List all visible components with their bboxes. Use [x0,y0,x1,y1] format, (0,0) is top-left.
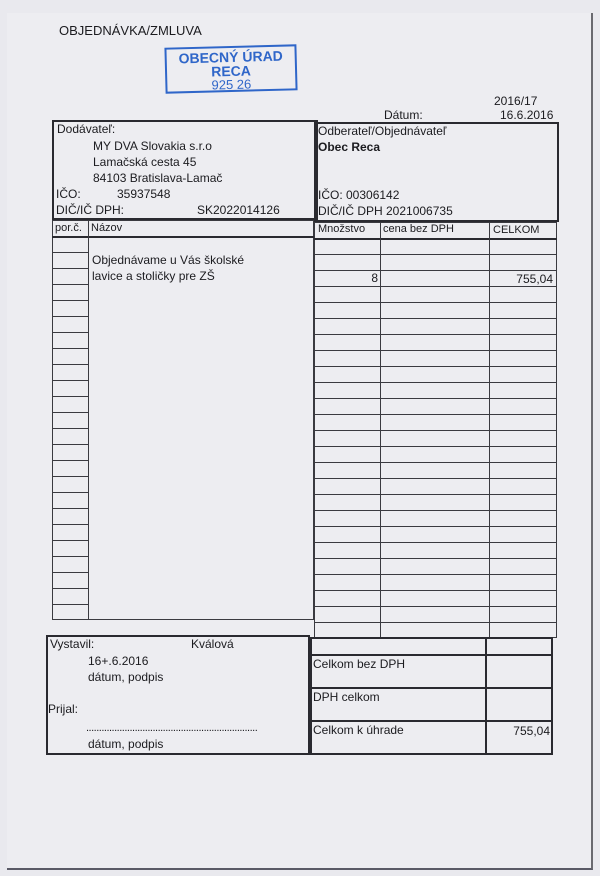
item-row-line [314,286,557,287]
item-description-line1: Objednávame u Vás školské [92,253,244,267]
num-row-line [52,540,88,541]
item-row-line [314,350,557,351]
issued-date-sign-label: dátum, podpis [88,670,163,684]
item-row-line [314,606,557,607]
customer-dic: DIČ/IČ DPH 2021006735 [318,204,453,218]
totals-divider [485,637,487,755]
num-row-line [52,380,88,381]
right-header-divider [314,238,557,240]
num-row-line [52,268,88,269]
item-row-line [314,398,557,399]
issued-date: 16+.6.2016 [88,654,148,668]
num-row-line [52,524,88,525]
supplier-dic-label: DIČ/IČ DPH: [56,203,124,217]
totals-divider [310,654,553,656]
item-row-line [314,318,557,319]
total-payable-value: 755,04 [488,724,550,738]
num-row-line [52,588,88,589]
item-row-line [314,526,557,527]
left-header-divider [52,236,314,238]
item-row-line [314,462,557,463]
customer-name: Obec Reca [318,140,380,154]
totals-divider [310,687,553,689]
header-total: CELKOM [493,224,539,236]
item-qty: 8 [318,271,378,285]
totals-divider [310,720,553,722]
item-row-line [314,430,557,431]
item-description-line2: lavice a stoličky pre ZŠ [92,269,215,283]
item-row-line [314,574,557,575]
supplier-label: Dodávateľ: [57,122,115,136]
header-qty: Množstvo [318,223,365,235]
total-without-vat-label: Celkom bez DPH [313,657,405,671]
num-row-line [52,412,88,413]
num-column-divider [88,220,89,620]
num-row-line [52,300,88,301]
item-row-line [314,446,557,447]
item-row-line [314,590,557,591]
received-date-sign-label: dátum, podpis [88,737,163,751]
item-row-line [314,478,557,479]
item-row-line [314,558,557,559]
official-stamp: OBECNÝ ÚRAD RECA 925 26 [164,44,297,93]
supplier-city: 84103 Bratislava-Lamač [93,171,222,185]
num-row-line [52,604,88,605]
header-name: Názov [91,222,122,234]
item-total: 755,04 [490,272,553,286]
vat-total-label: DPH celkom [313,690,380,704]
total-payable-label: Celkom k úhrade [313,723,404,737]
supplier-name: MY DVA Slovakia s.r.o [93,139,212,153]
header-num: por.č. [55,222,82,234]
item-row-line [314,254,557,255]
supplier-dic-value: SK2022014126 [197,203,280,217]
num-row-line [52,476,88,477]
item-row-line [314,302,557,303]
num-row-line [52,460,88,461]
num-row-line [52,348,88,349]
num-row-line [52,284,88,285]
issued-label: Vystavil: [50,637,94,651]
item-row-line [314,334,557,335]
item-row-line [314,494,557,495]
item-row-line [314,622,557,623]
num-row-line [52,316,88,317]
num-row-line [52,332,88,333]
num-row-line [52,444,88,445]
date-label: Dátum: [384,108,423,122]
customer-ico: IČO: 00306142 [318,188,399,202]
item-row-line [314,382,557,383]
item-row-line [314,542,557,543]
num-row-line [52,556,88,557]
document-title: OBJEDNÁVKA/ZMLUVA [59,23,202,38]
num-row-line [52,508,88,509]
num-row-line [52,364,88,365]
num-row-line [52,492,88,493]
received-label: Prijal: [48,702,78,716]
issuer-box [46,635,310,755]
num-row-line [52,252,88,253]
fiscal-year: 2016/17 [494,94,537,108]
supplier-ico-label: IČO: [56,187,81,201]
num-row-line [52,572,88,573]
supplier-street: Lamačská cesta 45 [93,155,196,169]
customer-label: Odberateľ/Objednávateľ [318,124,446,138]
header-price: cena bez DPH [383,223,454,235]
num-row-line [52,428,88,429]
num-row-line [52,396,88,397]
item-row-line [314,366,557,367]
date-value: 16.6.2016 [500,108,553,122]
supplier-ico-value: 35937548 [117,187,170,201]
issued-by: Kválová [191,637,234,651]
item-row-line [314,414,557,415]
signature-line: ........................................… [86,722,257,734]
item-row-line [314,510,557,511]
